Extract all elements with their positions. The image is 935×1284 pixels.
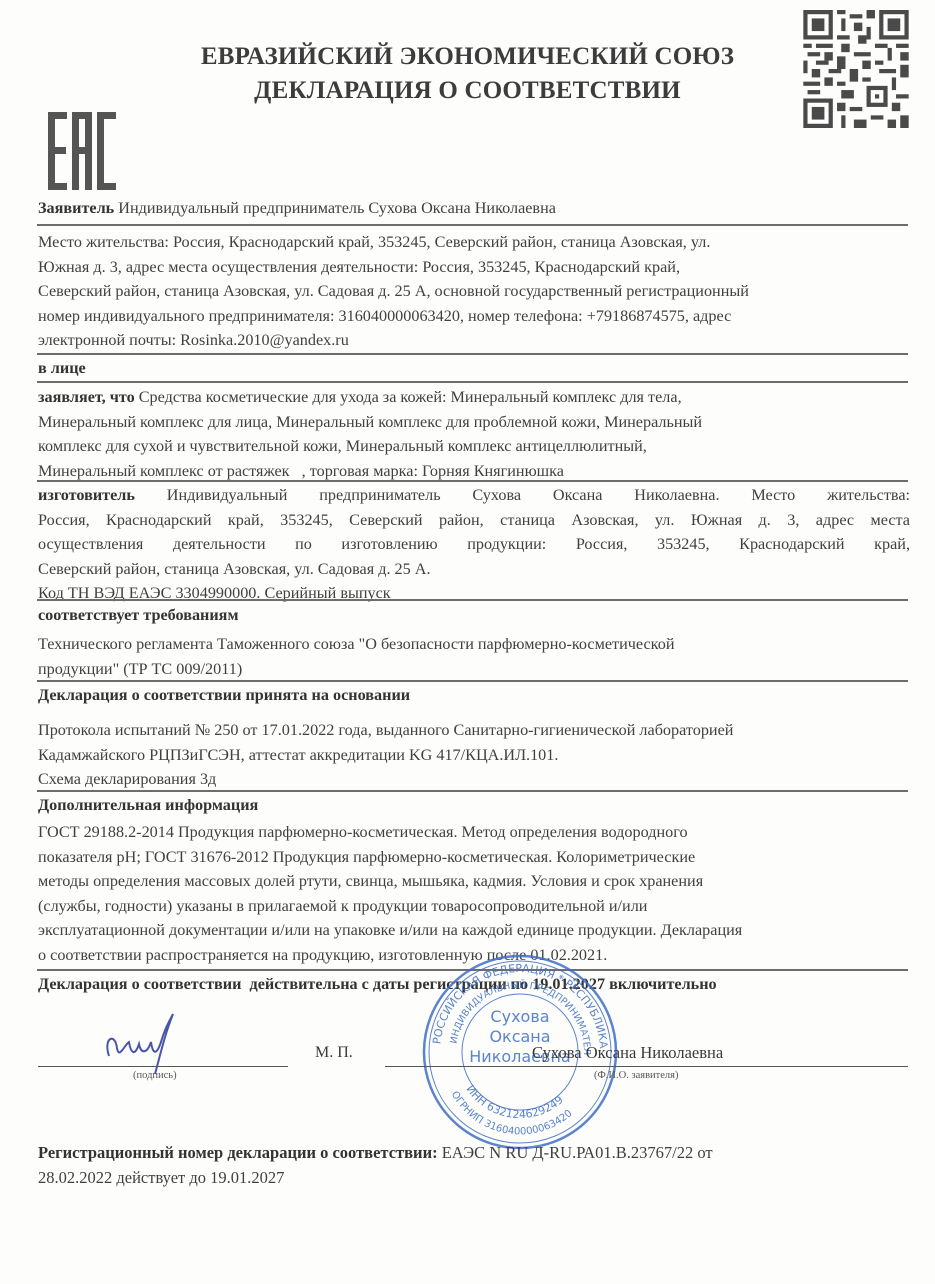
divider [37, 353, 908, 355]
document-title-line-2: ДЕКЛАРАЦИЯ О СООТВЕТСТВИИ [0, 74, 935, 107]
conforms-text: Технического регламента Таможенного союз… [38, 632, 910, 681]
qr-code-icon [803, 10, 909, 128]
applicant-name: Сухова Оксана Николаевна [532, 1043, 723, 1063]
handwritten-signature-icon [95, 1008, 205, 1078]
document-title-line-1: ЕВРАЗИЙСКИЙ ЭКОНОМИЧЕСКИЙ СОЮЗ [0, 40, 935, 73]
in-person-label: в лице [38, 356, 910, 381]
signature-line [38, 1066, 288, 1067]
registration-label: Регистрационный номер декларации о соотв… [38, 1143, 438, 1162]
applicant-label: Заявитель [38, 199, 114, 217]
svg-text:Сухова: Сухова [490, 1007, 549, 1026]
registration-block: Регистрационный номер декларации о соотв… [38, 1140, 910, 1190]
conforms-label: соответствует требованиям [38, 603, 910, 628]
eac-logo-icon: ЕАС [48, 112, 116, 190]
divider [37, 790, 908, 792]
signature-caption: (подпись) [133, 1070, 177, 1081]
customs-code: Код ТН ВЭД ЕАЭС 3304990000. Серийный вып… [38, 581, 910, 606]
additional-label: Дополнительная информация [38, 793, 910, 818]
manufacturer-label: изготовитель [38, 486, 135, 504]
basis-label: Декларация о соответствии принята на осн… [38, 683, 910, 708]
registration-number: ЕАЭС N RU Д-RU.РА01.В.23767/22 от [442, 1143, 713, 1162]
divider [37, 381, 908, 383]
divider [37, 224, 908, 226]
applicant-line: Заявитель Индивидуальный предприниматель… [38, 196, 910, 221]
manufacturer-block: изготовитель Индивидуальный предпринимат… [38, 483, 910, 606]
divider [37, 480, 908, 482]
divider [37, 599, 908, 601]
declares-label: заявляет, что [38, 388, 135, 406]
applicant-address: Место жительства: Россия, Краснодарский … [38, 230, 910, 353]
seal-label: М. П. [315, 1044, 353, 1062]
declaration-subject: заявляет, что Средства косметические для… [38, 385, 910, 483]
registration-dates: 28.02.2022 действует до 19.01.2027 [38, 1165, 910, 1190]
divider [37, 680, 908, 682]
additional-text: ГОСТ 29188.2-2014 Продукция парфюмерно-к… [38, 820, 910, 967]
applicant-value: Индивидуальный предприниматель Сухова Ок… [118, 199, 556, 217]
name-line [385, 1066, 908, 1067]
name-caption: (Ф.И.О. заявителя) [594, 1070, 679, 1081]
basis-text: Протокола испытаний № 250 от 17.01.2022 … [38, 718, 910, 792]
